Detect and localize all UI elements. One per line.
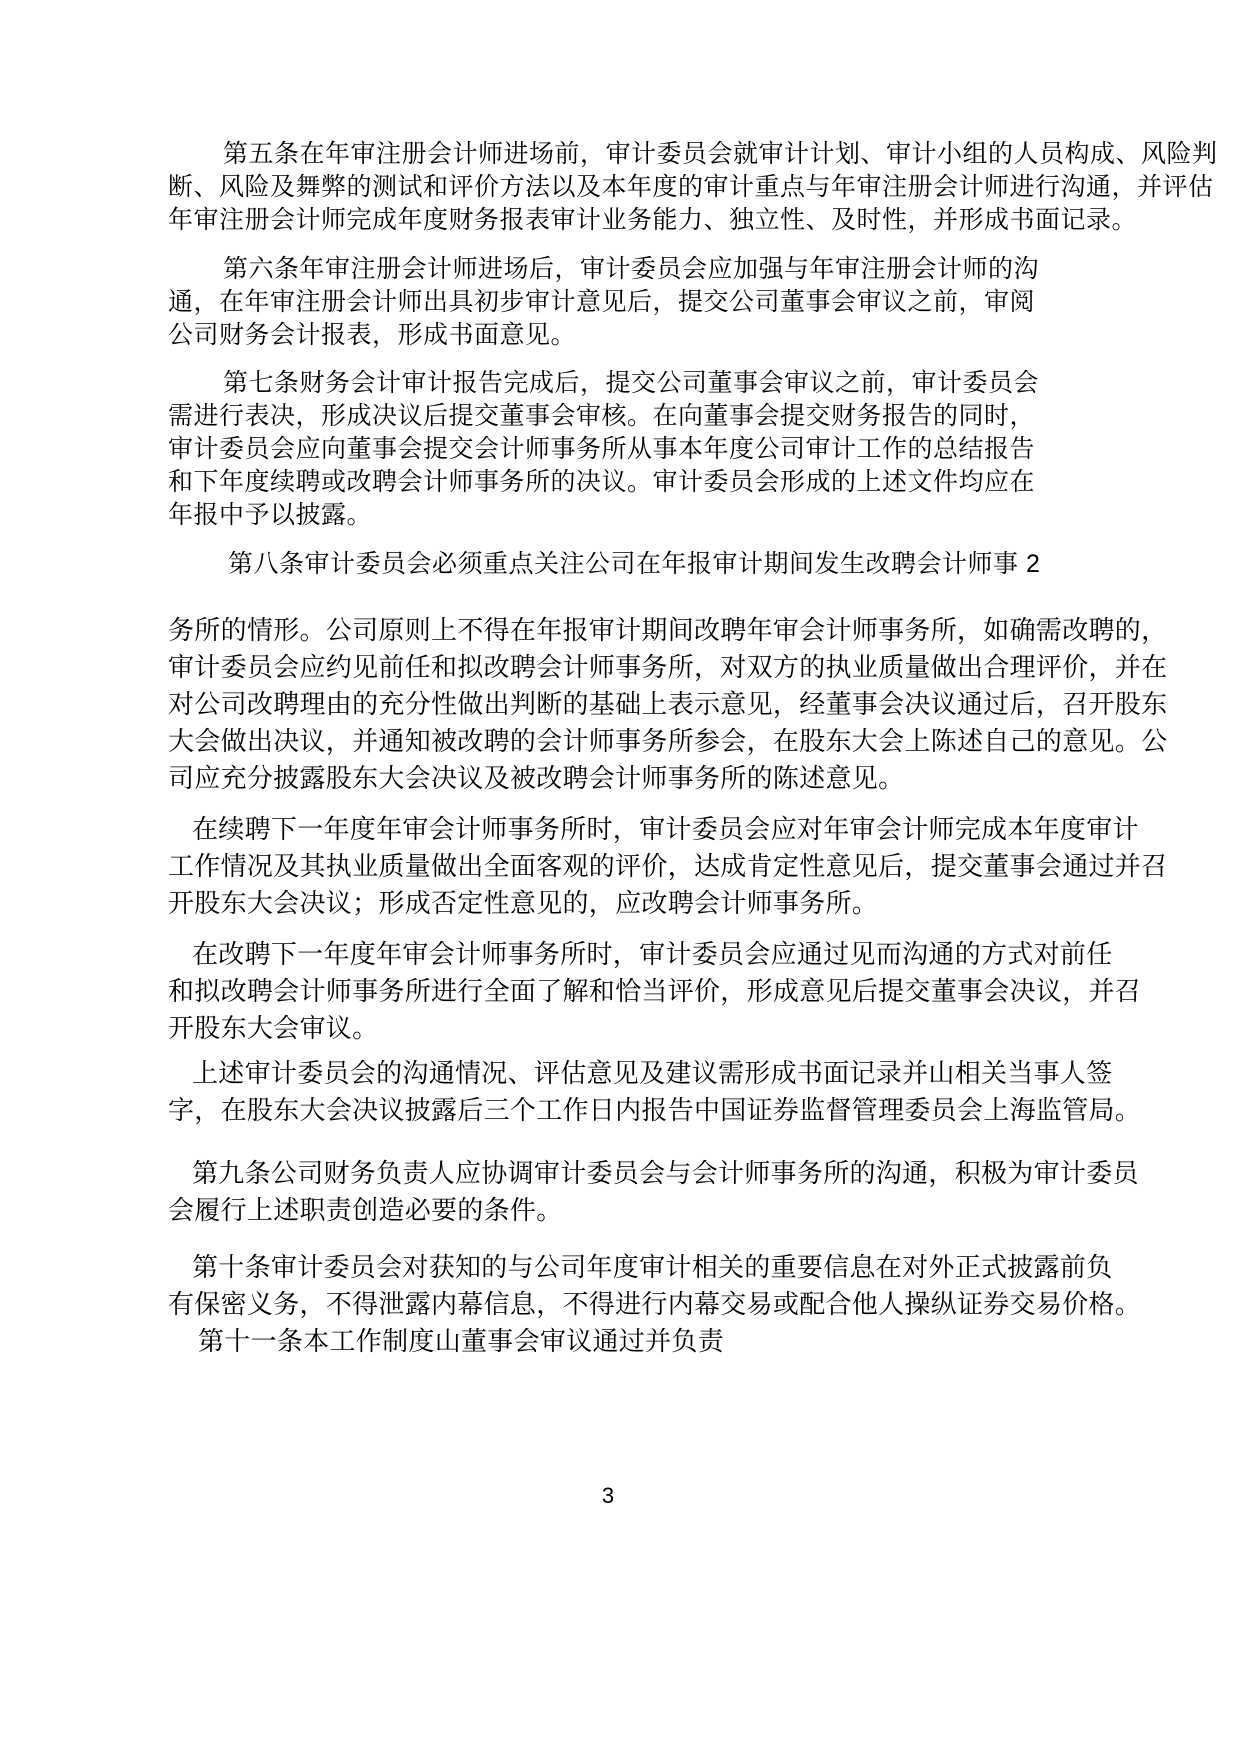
paragraph: 第九条公司财务负责人应协调审计委员会与会计师事务所的沟通，积极为审计委员会履行上… <box>168 1155 1228 1229</box>
paragraph-line: 年审注册会计师完成年度财务报表审计业务能力、独立性、及时性，并形成书面记录。 <box>168 204 1228 237</box>
paragraph-line: 在改聘下一年度年审会计师事务所时，审计委员会应通过见而沟通的方式对前任 <box>168 936 1228 973</box>
paragraph-line: 年报中予以披露。 <box>168 499 1228 532</box>
paragraph: 第六条年审注册会计师进场后，审计委员会应加强与年审注册会计师的沟通，在年审注册会… <box>168 253 1228 352</box>
paragraph-line: 上述审计委员会的沟通情况、评估意见及建议需形成书面记录并山相关当事人签 <box>168 1055 1228 1092</box>
paragraph-line: 工作情况及其执业质量做出全面客观的评价，达成肯定性意见后，提交董事会通过并召 <box>168 848 1228 885</box>
document-body: 第五条在年审注册会计师进场前，审计委员会就审计计划、审计小组的人员构成、风险判断… <box>168 138 1228 1360</box>
paragraph-line: 字，在股东大会决议披露后三个工作日内报告中国证券监督管理委员会上海监管局。 <box>168 1092 1228 1129</box>
paragraph: 在续聘下一年度年审会计师事务所时，审计委员会应对年审会计师完成本年度审计工作情况… <box>168 811 1228 922</box>
paragraph-line: 第九条公司财务负责人应协调审计委员会与会计师事务所的沟通，积极为审计委员 <box>168 1155 1228 1192</box>
paragraph-line: 审计委员会应约见前任和拟改聘会计师事务所，对双方的执业质量做出合理评价，并在 <box>168 649 1228 686</box>
paragraph-line: 开股东大会审议。 <box>168 1010 1228 1047</box>
paragraph-line: 公司财务会计报表，形成书面意见。 <box>168 319 1228 352</box>
paragraph-line: 第六条年审注册会计师进场后，审计委员会应加强与年审注册会计师的沟 <box>168 253 1228 286</box>
paragraph-line: 在续聘下一年度年审会计师事务所时，审计委员会应对年审会计师完成本年度审计 <box>168 811 1228 848</box>
paragraph-line: 第八条审计委员会必须重点关注公司在年报审计期间发生改聘会计师事 2 <box>168 548 1228 581</box>
paragraph-line: 和下年度续聘或改聘会计师事务所的决议。审计委员会形成的上述文件均应在 <box>168 466 1228 499</box>
document-page: 第五条在年审注册会计师进场前，审计委员会就审计计划、审计小组的人员构成、风险判断… <box>0 0 1240 1754</box>
paragraph-line: 会履行上述职责创造必要的条件。 <box>168 1192 1228 1229</box>
paragraph-line: 和拟改聘会计师事务所进行全面了解和恰当评价，形成意见后提交董事会决议，并召 <box>168 973 1228 1010</box>
paragraph: 第十一条本工作制度山董事会审议通过并负责 <box>168 1323 1228 1360</box>
paragraph: 第八条审计委员会必须重点关注公司在年报审计期间发生改聘会计师事 2 <box>168 548 1228 581</box>
paragraph-line: 通，在年审注册会计师出具初步审计意见后，提交公司董事会审议之前，审阅 <box>168 286 1228 319</box>
paragraph-line: 务所的情形。公司原则上不得在年报审计期间改聘年审会计师事务所，如确需改聘的， <box>168 612 1228 649</box>
paragraph-line: 有保密义务，不得泄露内幕信息，不得进行内幕交易或配合他人操纵证券交易价格。 <box>168 1286 1228 1323</box>
paragraph-line: 第十条审计委员会对获知的与公司年度审计相关的重要信息在对外正式披露前负 <box>168 1249 1228 1286</box>
paragraph-line: 大会做出决议，并通知被改聘的会计师事务所参会，在股东大会上陈述自己的意见。公 <box>168 723 1228 760</box>
paragraph: 务所的情形。公司原则上不得在年报审计期间改聘年审会计师事务所，如确需改聘的，审计… <box>168 612 1228 797</box>
paragraph: 在改聘下一年度年审会计师事务所时，审计委员会应通过见而沟通的方式对前任和拟改聘会… <box>168 936 1228 1047</box>
paragraph-line: 开股东大会决议；形成否定性意见的，应改聘会计师事务所。 <box>168 885 1228 922</box>
paragraph: 上述审计委员会的沟通情况、评估意见及建议需形成书面记录并山相关当事人签字，在股东… <box>168 1055 1228 1129</box>
page-footer: 3 <box>0 1483 1216 1509</box>
paragraph: 第七条财务会计审计报告完成后，提交公司董事会审议之前，审计委员会需进行表决，形成… <box>168 367 1228 532</box>
paragraph-line: 第十一条本工作制度山董事会审议通过并负责 <box>168 1323 1228 1360</box>
paragraph-line: 断、风险及舞弊的测试和评价方法以及本年度的审计重点与年审注册会计师进行沟通，并评… <box>168 171 1228 204</box>
paragraph: 第十条审计委员会对获知的与公司年度审计相关的重要信息在对外正式披露前负有保密义务… <box>168 1249 1228 1323</box>
paragraph-line: 司应充分披露股东大会决议及被改聘会计师事务所的陈述意见。 <box>168 760 1228 797</box>
page-number: 3 <box>602 1483 614 1508</box>
paragraph-line: 第七条财务会计审计报告完成后，提交公司董事会审议之前，审计委员会 <box>168 367 1228 400</box>
paragraph-line: 审计委员会应向董事会提交会计师事务所从事本年度公司审计工作的总结报告 <box>168 433 1228 466</box>
paragraph-line: 对公司改聘理由的充分性做出判断的基础上表示意见，经董事会决议通过后，召开股东 <box>168 686 1228 723</box>
paragraph-line: 需进行表决，形成决议后提交董事会审核。在向董事会提交财务报告的同时， <box>168 400 1228 433</box>
paragraph-line: 第五条在年审注册会计师进场前，审计委员会就审计计划、审计小组的人员构成、风险判 <box>168 138 1228 171</box>
paragraph: 第五条在年审注册会计师进场前，审计委员会就审计计划、审计小组的人员构成、风险判断… <box>168 138 1228 237</box>
